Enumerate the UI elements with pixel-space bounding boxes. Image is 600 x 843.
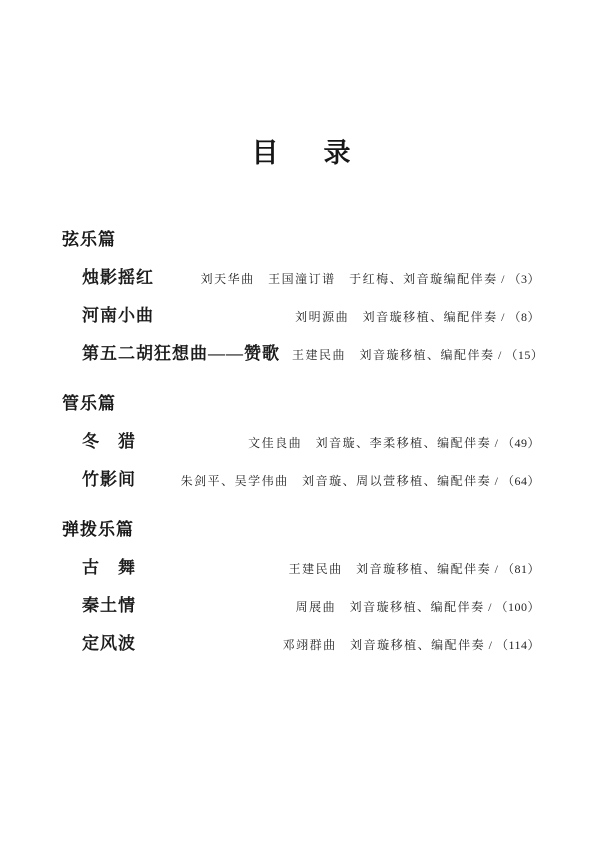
entry-credit: 王建民曲 刘音璇移植、编配伴奏 bbox=[292, 348, 495, 362]
toc-sections: 弦乐篇烛影摇红刘天华曲 王国潼订谱 于红梅、刘音璇编配伴奏 / （3）河南小曲刘… bbox=[62, 230, 540, 656]
entry-title: 定风波 bbox=[82, 633, 136, 654]
entry-title: 冬 猎 bbox=[82, 431, 136, 452]
toc-section-2: 管乐篇冬 猎文佳良曲 刘音璇、李柔移植、编配伴奏 / （49）竹影间朱剑平、吴学… bbox=[62, 394, 540, 492]
entry-title: 竹影间 bbox=[82, 469, 136, 490]
entry-title: 古 舞 bbox=[82, 557, 136, 578]
entry-page-ref: / （3） bbox=[498, 272, 540, 286]
toc-entry: 古 舞王建民曲 刘音璇移植、编配伴奏 / （81） bbox=[62, 557, 540, 580]
entry-page-ref: / （8） bbox=[498, 310, 540, 324]
entry-page-ref: / （81） bbox=[491, 562, 540, 576]
toc-section-1: 弦乐篇烛影摇红刘天华曲 王国潼订谱 于红梅、刘音璇编配伴奏 / （3）河南小曲刘… bbox=[62, 230, 540, 366]
toc-entry: 冬 猎文佳良曲 刘音璇、李柔移植、编配伴奏 / （49） bbox=[62, 431, 540, 454]
entry-credit-line: 邓翊群曲 刘音璇移植、编配伴奏 / （114） bbox=[283, 635, 540, 656]
toc-entry: 竹影间朱剑平、吴学伟曲 刘音璇、周以萱移植、编配伴奏 / （64） bbox=[62, 469, 540, 492]
entry-credit-line: 王建民曲 刘音璇移植、编配伴奏 / （81） bbox=[289, 559, 540, 580]
toc-entry: 定风波邓翊群曲 刘音璇移植、编配伴奏 / （114） bbox=[62, 633, 540, 656]
entry-title: 秦土情 bbox=[82, 595, 136, 616]
entry-title: 第五二胡狂想曲——赞歌 bbox=[82, 343, 280, 364]
entry-page-ref: / （49） bbox=[491, 436, 540, 450]
entry-credit-line: 朱剑平、吴学伟曲 刘音璇、周以萱移植、编配伴奏 / （64） bbox=[181, 471, 540, 492]
entry-title: 烛影摇红 bbox=[82, 267, 154, 288]
toc-entry: 河南小曲刘明源曲 刘音璇移植、编配伴奏 / （8） bbox=[62, 305, 540, 328]
entry-page-ref: / （100） bbox=[485, 600, 540, 614]
entry-credit-line: 周展曲 刘音璇移植、编配伴奏 / （100） bbox=[296, 597, 540, 618]
toc-entry: 秦土情周展曲 刘音璇移植、编配伴奏 / （100） bbox=[62, 595, 540, 618]
entry-credit: 刘明源曲 刘音璇移植、编配伴奏 bbox=[295, 310, 498, 324]
entry-credit-line: 王建民曲 刘音璇移植、编配伴奏 / （15） bbox=[292, 345, 543, 366]
entry-credit: 王建民曲 刘音璇移植、编配伴奏 bbox=[289, 562, 492, 576]
section-title: 弦乐篇 bbox=[62, 230, 540, 250]
entry-credit: 刘天华曲 王国潼订谱 于红梅、刘音璇编配伴奏 bbox=[201, 272, 498, 286]
page-title: 目 录 bbox=[62, 138, 540, 168]
toc-entry: 第五二胡狂想曲——赞歌王建民曲 刘音璇移植、编配伴奏 / （15） bbox=[62, 343, 540, 366]
document-page: 目 录 弦乐篇烛影摇红刘天华曲 王国潼订谱 于红梅、刘音璇编配伴奏 / （3）河… bbox=[0, 0, 600, 843]
entry-page-ref: / （114） bbox=[485, 638, 540, 652]
section-title: 管乐篇 bbox=[62, 394, 540, 414]
entry-credit: 朱剑平、吴学伟曲 刘音璇、周以萱移植、编配伴奏 bbox=[181, 474, 492, 488]
entry-credit: 文佳良曲 刘音璇、李柔移植、编配伴奏 bbox=[248, 436, 491, 450]
toc-entry: 烛影摇红刘天华曲 王国潼订谱 于红梅、刘音璇编配伴奏 / （3） bbox=[62, 267, 540, 290]
entry-title: 河南小曲 bbox=[82, 305, 154, 326]
entry-credit: 周展曲 刘音璇移植、编配伴奏 bbox=[296, 600, 485, 614]
entry-credit-line: 文佳良曲 刘音璇、李柔移植、编配伴奏 / （49） bbox=[248, 433, 540, 454]
section-title: 弹拨乐篇 bbox=[62, 520, 540, 540]
entry-page-ref: / （64） bbox=[491, 474, 540, 488]
toc-section-3: 弹拨乐篇古 舞王建民曲 刘音璇移植、编配伴奏 / （81）秦土情周展曲 刘音璇移… bbox=[62, 520, 540, 656]
entry-credit-line: 刘明源曲 刘音璇移植、编配伴奏 / （8） bbox=[295, 307, 540, 328]
entry-page-ref: / （15） bbox=[495, 348, 544, 362]
entry-credit: 邓翊群曲 刘音璇移植、编配伴奏 bbox=[283, 638, 486, 652]
entry-credit-line: 刘天华曲 王国潼订谱 于红梅、刘音璇编配伴奏 / （3） bbox=[201, 269, 540, 290]
